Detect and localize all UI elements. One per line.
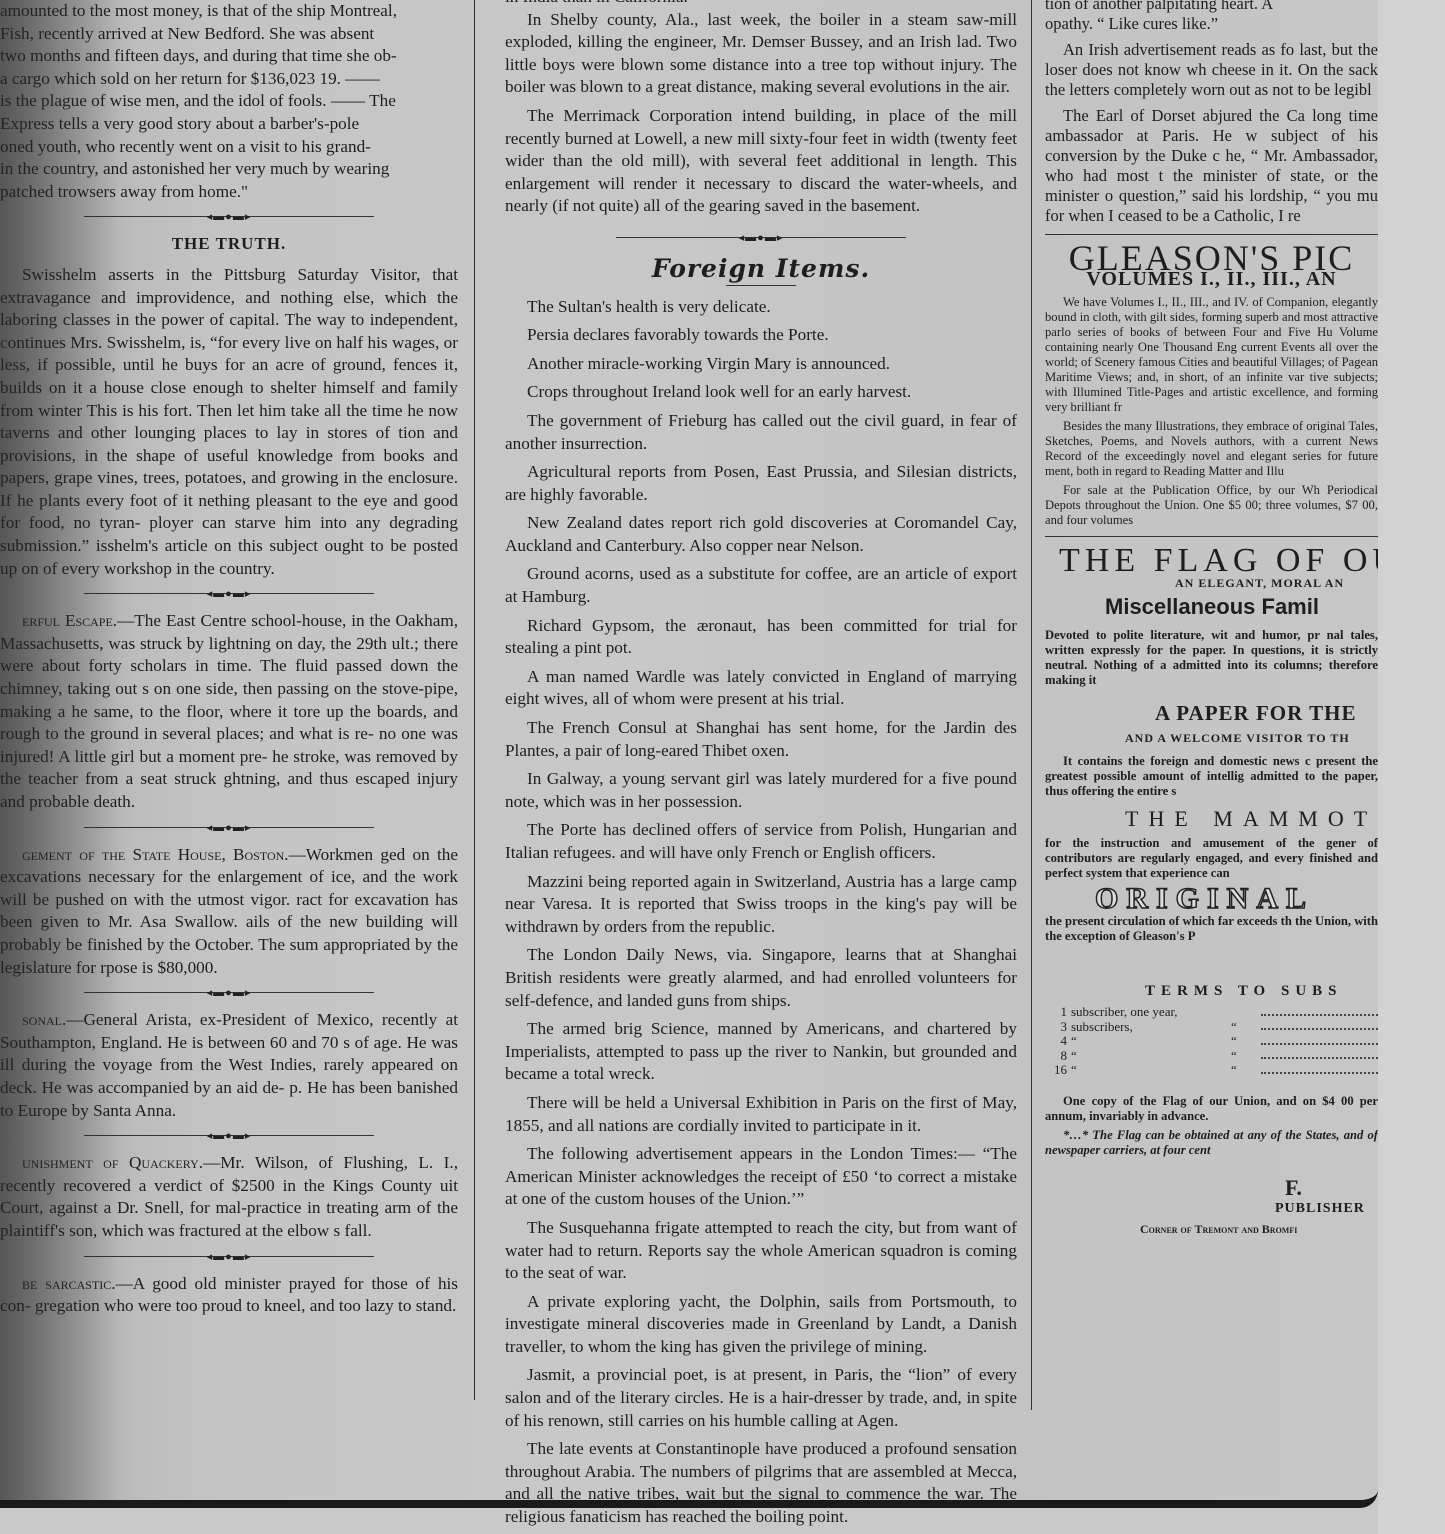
- foreign-item: Crops throughout Ireland look well for a…: [505, 381, 1017, 404]
- article-lead: be sarcastic.: [22, 1274, 116, 1293]
- foreign-item: The late events at Constantinople have p…: [505, 1438, 1017, 1528]
- article-body: In Shelby county, Ala., last week, the b…: [505, 9, 1017, 99]
- column-rule: [1031, 0, 1032, 1410]
- terms-ditto: “: [1231, 1063, 1261, 1078]
- divider: [1045, 536, 1378, 537]
- ad-body: One copy of the Flag of our Union, and o…: [1045, 1094, 1378, 1124]
- article-body: Swisshelm asserts in the Pittsburg Satur…: [0, 264, 458, 580]
- terms-row: 4““: [1045, 1034, 1378, 1049]
- ornament-divider-icon: ◂▬●▬▸: [84, 1130, 374, 1142]
- ad-body: For sale at the Publication Office, by o…: [1045, 483, 1378, 528]
- original-heading: ORIGINAL: [1095, 891, 1378, 906]
- foreign-item: Persia declares favorably towards the Po…: [505, 324, 1017, 347]
- publisher-label: PUBLISHER: [1275, 1201, 1378, 1216]
- foreign-item: The armed brig Science, manned by Americ…: [505, 1018, 1017, 1086]
- ad-note: *…* The Flag can be obtained at any of t…: [1045, 1128, 1378, 1158]
- article-lead: sonal.: [22, 1010, 66, 1029]
- text-line: oned youth, who recently went on a visit…: [0, 136, 458, 159]
- foreign-item: There will be held a Universal Exhibitio…: [505, 1092, 1017, 1137]
- gleason-volumes: VOLUMES I., II., III., AN: [1045, 272, 1378, 287]
- text-line: is the plague of wise men, and the idol …: [0, 90, 458, 113]
- text-line: a cargo which sold on her return for $13…: [0, 68, 458, 91]
- ad-body: Besides the many Illustrations, they emb…: [1045, 419, 1378, 479]
- ad-body: the present circulation of which far exc…: [1045, 914, 1378, 944]
- foreign-items-list: The Sultan's health is very delicate.Per…: [505, 296, 1017, 1529]
- foreign-item: The Porte has declined offers of service…: [505, 819, 1017, 864]
- flag-ad-title: THE FLAG OF OU: [1059, 553, 1378, 568]
- terms-row: 8““: [1045, 1049, 1378, 1064]
- terms-leader: [1261, 1063, 1378, 1074]
- ornament-divider-icon: ◂▬●▬▸: [616, 232, 906, 244]
- foreign-item: Jasmit, a provincial poet, is at present…: [505, 1364, 1017, 1432]
- ornament-divider-icon: ◂▬●▬▸: [84, 1251, 374, 1263]
- article-lead: erful Escape.: [22, 611, 117, 630]
- article-body: unishment of Quackery.—Mr. Wilson, of Fl…: [0, 1152, 458, 1242]
- ornament-divider-icon: ◂▬●▬▸: [84, 588, 374, 600]
- foreign-item: The Susquehanna frigate attempted to rea…: [505, 1217, 1017, 1285]
- terms-ditto: [1231, 1005, 1261, 1020]
- text-line: in the country, and astonished her very …: [0, 158, 458, 181]
- foreign-item: The government of Frieburg has called ou…: [505, 410, 1017, 455]
- flag-misc-heading: Miscellaneous Famil: [1105, 599, 1378, 614]
- ad-body: Devoted to polite literature, wit and hu…: [1045, 628, 1378, 688]
- mammoth-heading: THE MAMMOT: [1125, 811, 1378, 826]
- article-lead: gement of the State House, Boston.: [22, 845, 289, 864]
- terms-heading: TERMS TO SUBS: [1145, 984, 1378, 999]
- terms-table: 1subscriber, one year,3subscribers,“4““8…: [1045, 1005, 1378, 1078]
- terms-count: 8: [1045, 1049, 1067, 1064]
- article-text: —The East Centre school-house, in the Oa…: [0, 611, 458, 811]
- ad-body: We have Volumes I., II., III., and IV. o…: [1045, 295, 1378, 415]
- foreign-item: The Sultan's health is very delicate.: [505, 296, 1017, 319]
- article-body: be sarcastic.—A good old minister prayed…: [0, 1273, 458, 1318]
- terms-label: subscribers,: [1071, 1020, 1231, 1035]
- foreign-item: Ground acorns, used as a substitute for …: [505, 563, 1017, 608]
- article-body: sonal.—General Arista, ex-President of M…: [0, 1009, 458, 1122]
- article-text: —Workmen ged on the excavations necessar…: [0, 845, 458, 977]
- terms-leader: [1261, 1049, 1378, 1060]
- text-line: amounted to the most money, is that of t…: [0, 0, 458, 23]
- title-underline: [726, 285, 796, 286]
- text-line: Express tells a very good story about a …: [0, 113, 458, 136]
- ornament-divider-icon: ◂▬●▬▸: [84, 211, 374, 223]
- terms-ditto: “: [1231, 1049, 1261, 1064]
- column-rule: [474, 0, 475, 1400]
- article-body: The Earl of Dorset abjured the Ca long t…: [1045, 106, 1378, 226]
- publisher-initial: F.: [1285, 1180, 1378, 1195]
- background-margin: [1378, 0, 1445, 1534]
- terms-label: “: [1071, 1063, 1231, 1078]
- ornament-divider-icon: ◂▬●▬▸: [84, 822, 374, 834]
- terms-row: 1subscriber, one year,: [1045, 1005, 1378, 1020]
- terms-label: “: [1071, 1049, 1231, 1064]
- foreign-item: The following advertisement appears in t…: [505, 1143, 1017, 1211]
- foreign-item: The London Daily News, via. Singapore, l…: [505, 944, 1017, 1012]
- terms-count: 1: [1045, 1005, 1067, 1020]
- terms-count: 16: [1045, 1063, 1067, 1078]
- foreign-item: A man named Wardle was lately convicted …: [505, 666, 1017, 711]
- terms-ditto: “: [1231, 1020, 1261, 1035]
- ad-body: for the instruction and amusement of the…: [1045, 836, 1378, 881]
- article-lead: unishment of Quackery.: [22, 1153, 203, 1172]
- text-line: patched trowsers away from home.": [0, 181, 458, 204]
- gleason-ad-title: GLEASON'S PIC: [1045, 251, 1378, 266]
- foreign-item: Richard Gypsom, the æronaut, has been co…: [505, 615, 1017, 660]
- paper-for-heading: A PAPER FOR THE: [1155, 706, 1378, 721]
- foreign-item: The French Consul at Shanghai has sent h…: [505, 717, 1017, 762]
- welcome-heading: AND A WELCOME VISITOR TO TH: [1125, 731, 1378, 746]
- article-body: erful Escape.—The East Centre school-hou…: [0, 610, 458, 813]
- terms-row: 16““: [1045, 1063, 1378, 1078]
- article-heading: THE TRUTH.: [0, 233, 458, 256]
- terms-ditto: “: [1231, 1034, 1261, 1049]
- terms-leader: [1261, 1034, 1378, 1045]
- foreign-item: Another miracle-working Virgin Mary is a…: [505, 353, 1017, 376]
- publisher-address: Corner of Tremont and Bromfi: [1140, 1222, 1378, 1237]
- foreign-item: New Zealand dates report rich gold disco…: [505, 512, 1017, 557]
- text-line: tion of another palpitating heart. A: [1045, 0, 1378, 14]
- article-body: gement of the State House, Boston.—Workm…: [0, 844, 458, 980]
- section-title: Foreign Items.: [505, 258, 1017, 281]
- right-column: tion of another palpitating heart. A opa…: [1045, 0, 1378, 1237]
- terms-count: 3: [1045, 1020, 1067, 1035]
- terms-label: “: [1071, 1034, 1231, 1049]
- text-line: two months and fifteen days, and during …: [0, 45, 458, 68]
- text-fragment: in India than in California.: [505, 0, 1017, 9]
- foreign-item: A private exploring yacht, the Dolphin, …: [505, 1291, 1017, 1359]
- intro-block: amounted to the most money, is that of t…: [0, 0, 458, 203]
- text-line: Fish, recently arrived at New Bedford. S…: [0, 23, 458, 46]
- middle-column: in India than in California. In Shelby c…: [505, 0, 1017, 1534]
- foreign-item: In Galway, a young servant girl was late…: [505, 768, 1017, 813]
- ornament-divider-icon: ◂▬●▬▸: [84, 987, 374, 999]
- foreign-item: Agricultural reports from Posen, East Pr…: [505, 461, 1017, 506]
- ad-body: It contains the foreign and domestic new…: [1045, 754, 1378, 799]
- terms-row: 3subscribers,“: [1045, 1020, 1378, 1035]
- article-body: The Merrimack Corporation intend buildin…: [505, 105, 1017, 218]
- terms-label: subscriber, one year,: [1071, 1005, 1231, 1020]
- article-text: —General Arista, ex-President of Mexico,…: [0, 1010, 458, 1119]
- terms-leader: [1261, 1005, 1378, 1016]
- terms-leader: [1261, 1020, 1378, 1031]
- left-column: amounted to the most money, is that of t…: [0, 0, 458, 1324]
- terms-count: 4: [1045, 1034, 1067, 1049]
- article-body: An Irish advertisement reads as fo last,…: [1045, 40, 1378, 100]
- divider: [1045, 234, 1378, 235]
- foreign-item: Mazzini being reported again in Switzerl…: [505, 871, 1017, 939]
- text-line: opathy. “ Like cures like.”: [1045, 14, 1378, 34]
